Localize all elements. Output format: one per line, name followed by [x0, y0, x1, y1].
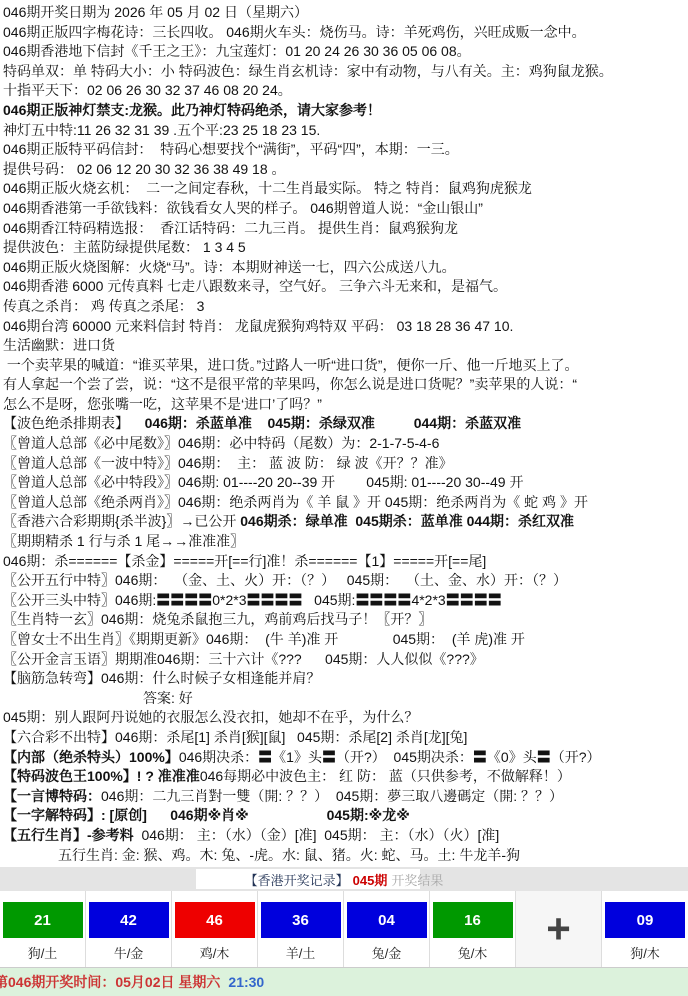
text-line: 〖公开金言玉语〗期期准046期：三十六计《??? 045期：人人似似《???》: [3, 650, 688, 670]
text-segment: 【内部（绝杀特头）100%】: [3, 749, 179, 765]
text-line: 046期正版火烧玄机： 二一之间定春秋，十二生肖最实际。 特之 特肖：鼠鸡狗虎猴…: [3, 179, 688, 199]
text-line: 046期：杀======【杀金】=====开[==行]准！杀======【1】=…: [3, 552, 688, 572]
results-footer: 第046期开奖时间：05月02日 星期六 21:30: [0, 968, 688, 996]
text-segment: 〖生肖特一玄〗046期：烧兔杀鼠抱三九，鸡前鸡后找马子！〖开？〗: [3, 611, 432, 627]
result-column: 46鸡/木: [172, 891, 258, 967]
results-header: 【香港开奖记录】 045期 开奖结果: [0, 867, 688, 891]
text-segment: 〖期期精杀 1 行与杀 1 尾→→准准准〗: [3, 533, 244, 549]
text-segment: 提供号码： 02 06 12 20 30 32 36 38 49 18 。: [3, 161, 286, 177]
text-line: 神灯五中特:11 26 32 31 39 .五个平:23 25 18 23 15…: [3, 121, 688, 141]
text-line: 〖公开五行中特〗046期： （金、土、火）开：（？） 045期： （土、金、水）…: [3, 571, 688, 591]
text-line: 答案: 好: [3, 689, 688, 709]
result-zodiac-label: 鸡/木: [200, 938, 230, 967]
text-segment: 〓: [322, 749, 336, 765]
results-balls-row: 21狗/土42牛/金46鸡/木36羊/土04兔/金16兔/木+09狗/木: [0, 891, 688, 968]
result-zodiac-label: 牛/金: [114, 938, 144, 967]
text-segment: 046期香港第一手欲钱料：欲钱看女人哭的样子。 046期曾道人说：“金山银山”: [3, 200, 483, 216]
text-line: 【特码波色王100%】! ? 准准准046每期必中波色主： 红 防： 蓝（只供参…: [3, 767, 688, 787]
text-segment: 4*2*3: [411, 592, 445, 608]
text-segment: 【特码波色王100%】! ? 准准准: [3, 768, 200, 784]
text-line: 〖生肖特一玄〗046期：烧兔杀鼠抱三九，鸡前鸡后找马子！〖开？〗: [3, 610, 688, 630]
text-line: 【六合彩不出特】046期：杀尾[1] 杀肖[猴][鼠] 045期：杀尾[2] 杀…: [3, 728, 688, 748]
text-segment: 0*2*3: [212, 592, 246, 608]
text-line: 045期：别人跟阿丹说她的衣服怎么没衣扣，她却不在乎，为什么？: [3, 708, 688, 728]
text-segment: 〖曾道人总部《一波中特》〗046期： 主： 蓝 波 防： 绿 波《开？？准》: [3, 455, 453, 471]
text-line: 提供波色：主蓝防绿提供尾数： 1 3 4 5: [3, 238, 688, 258]
text-segment: 【一言博特码：: [3, 788, 101, 804]
text-line: 046期香港第一手欲钱料：欲钱看女人哭的样子。 046期曾道人说：“金山银山”: [3, 199, 688, 219]
text-line: 046期正版特平码信封： 特码心想要找个“满街”，平码“四”，本期：一三。: [3, 140, 688, 160]
text-line: 【内部（绝杀特头）100%】046期决杀：〓《1》头〓（开?） 045期决杀：〓…: [3, 748, 688, 768]
text-segment: 〖公开三头中特〗046期:: [3, 592, 156, 608]
text-line: 十指平天下：02 06 26 30 32 37 46 08 20 24。: [3, 81, 688, 101]
text-segment: 046期：杀======【杀金】=====开[==行]准！杀======【1】=…: [3, 553, 486, 569]
text-segment: 〖曾道人总部《必中尾数》〗046期：必中特码（尾数）为：2-1-7-5-4-6: [3, 435, 439, 451]
text-line: 五行生肖: 金: 猴、鸡。木: 兔、-虎。水: 鼠、猪。火: 蛇、马。土: 牛龙…: [3, 846, 688, 866]
content-lines: 046期开奖日期为 2026 年 05 月 02 日（星期六）046期正版四字梅…: [3, 3, 688, 865]
text-segment: （开?）: [551, 749, 601, 765]
text-line: 046期正版四字梅花诗：三长四收。 046期火车头：烧伤马。诗：羊死鸡伤，兴旺成…: [3, 23, 688, 43]
text-line: 提供号码： 02 06 12 20 30 32 36 38 49 18 。: [3, 160, 688, 180]
results-title: 【香港开奖记录】: [245, 870, 349, 889]
text-line: 046期正版火烧图解：火烧“马”。诗：本期财神送一七，四六公成送八九。: [3, 258, 688, 278]
result-ball-number: 16: [433, 902, 513, 938]
text-segment: 〓〓〓〓: [446, 592, 502, 608]
text-line: 046期香港地下信封《千王之王》：九宝莲灯：01 20 24 26 30 36 …: [3, 42, 688, 62]
text-segment: 特码单双：单 特码大小：小 特码波色：绿生肖玄机诗：家中有动物，与八有关。主：鸡…: [3, 63, 613, 79]
text-line: 〖香港六合彩期期{杀半波}〗→已公开 046期杀：绿单准 045期杀：蓝单准 0…: [3, 512, 688, 532]
text-line: 046期香江特码精选报： 香江话特码：二九三肖。 提供生肖：鼠鸡猴狗龙: [3, 219, 688, 239]
text-segment: 【五行生肖】-参考料: [3, 827, 141, 843]
text-line: 〖期期精杀 1 行与杀 1 尾→→准准准〗: [3, 532, 688, 552]
text-segment: 《0》头: [487, 749, 537, 765]
text-segment: 046期正版四字梅花诗：三长四收。 046期火车头：烧伤马。诗：羊死鸡伤，兴旺成…: [3, 24, 586, 40]
text-segment: 〓〓〓〓: [355, 592, 411, 608]
text-segment: 《1》头: [272, 749, 322, 765]
text-line: 046期台湾 60000 元来料信封 特肖： 龙鼠虎猴狗鸡特双 平码： 03 1…: [3, 317, 688, 337]
text-line: 特码单双：单 特码大小：小 特码波色：绿生肖玄机诗：家中有动物，与八有关。主：鸡…: [3, 62, 688, 82]
text-line: 〖曾道人总部《绝杀两肖》〗046期：绝杀两肖为《 羊 鼠 》开 045期：绝杀两…: [3, 493, 688, 513]
text-segment: 046期杀：绿单准 045期杀：蓝单准 044期：杀红双准: [240, 513, 574, 529]
text-line: 怎么不是呀，您张嘴一吃，这苹果不是‘进口’了吗？”: [3, 395, 688, 415]
text-segment: 〓: [473, 749, 487, 765]
text-line: 【五行生肖】-参考料 046期： 主：（水）（金）[准] 045期： 主：（水）…: [3, 826, 688, 846]
text-line: 〖曾道人总部《必中特段》〗046期: 01----20 20--39 开 045…: [3, 473, 688, 493]
result-column: 36羊/土: [258, 891, 344, 967]
text-segment: 046期正版神灯禁支:龙猴。此乃神灯特码绝杀，请大家参考！: [3, 102, 381, 118]
text-segment: 046期开奖日期为 2026 年 05 月 02 日（星期六）: [3, 4, 308, 20]
text-segment: 046期： 主：（水）（金）[准] 045期： 主：（水）（火）[准]: [141, 827, 499, 843]
result-zodiac-label: 兔/木: [458, 938, 488, 967]
text-segment: 046期香江特码精选报： 香江话特码：二九三肖。 提供生肖：鼠鸡猴狗龙: [3, 220, 458, 236]
text-line: 〖公开三头中特〗046期:〓〓〓〓0*2*3〓〓〓〓 045期:〓〓〓〓4*2*…: [3, 591, 688, 611]
text-segment: 〖公开五行中特〗046期： （金、土、火）开：（？） 045期： （土、金、水）…: [3, 572, 567, 588]
text-segment: 提供波色：主蓝防绿提供尾数： 1 3 4 5: [3, 239, 246, 255]
text-segment: 五行生肖: 金: 猴、鸡。木: 兔、-虎。水: 鼠、猪。火: 蛇、马。土: 牛龙…: [58, 847, 520, 863]
result-ball-number: 21: [3, 902, 83, 938]
text-segment: 046期决杀：: [179, 749, 258, 765]
text-segment: 有人拿起一个尝了尝，说：“这不是很平常的苹果吗，你怎么说是进口货呢？”卖苹果的人…: [3, 376, 577, 392]
text-segment: 传真之杀肖： 鸡 传真之杀尾： 3: [3, 298, 204, 314]
lottery-results-panel: 【香港开奖记录】 045期 开奖结果 21狗/土42牛/金46鸡/木36羊/土0…: [0, 867, 688, 996]
text-segment: 〓: [537, 749, 551, 765]
text-segment: 046每期必中波色主： 红 防： 蓝（只供参考，不做解释！）: [200, 768, 571, 784]
text-line: 046期香港 6000 元传真料 七走八跟数来寻，空气好。 三争六斗无来和，是福…: [3, 277, 688, 297]
result-ball-number: 09: [605, 902, 685, 938]
plus-separator: +: [516, 891, 602, 967]
text-segment: 〖曾道人总部《必中特段》〗046期: 01----20 20--39 开 045…: [3, 474, 523, 490]
text-segment: 答案: 好: [143, 690, 193, 706]
text-line: 生活幽默：进口货: [3, 336, 688, 356]
result-zodiac-label: 狗/土: [28, 938, 58, 967]
result-ball-number: 46: [175, 902, 255, 938]
text-segment: 〓〓〓〓: [156, 592, 212, 608]
text-line: 〖曾道人总部《一波中特》〗046期： 主： 蓝 波 防： 绿 波《开？？准》: [3, 454, 688, 474]
text-segment: 046期：二九三肖對一雙（開: ？？） 045期：夢三取八邊碼定（開: ？？）: [101, 788, 563, 804]
text-segment: 046期台湾 60000 元来料信封 特肖： 龙鼠虎猴狗鸡特双 平码： 03 1…: [3, 318, 513, 334]
text-segment: 046期正版火烧图解：火烧“马”。诗：本期财神送一七，四六公成送八九。: [3, 259, 456, 275]
result-column: 09狗/木: [602, 891, 688, 967]
result-ball-number: 42: [89, 902, 169, 938]
next-draw-time-text: 第046期开奖时间：05月02日 星期六: [0, 972, 220, 992]
result-column: 42牛/金: [86, 891, 172, 967]
text-line: 【一字解特码】: [原创] 046期※肖※ 045期:※龙※: [3, 806, 688, 826]
text-segment: 〖曾女士不出生肖〗《期期更新》046期： (牛 羊)准 开 045期： (羊 虎…: [3, 631, 525, 647]
result-zodiac-label: 羊/土: [286, 938, 316, 967]
result-column: 04兔/金: [344, 891, 430, 967]
result-zodiac-label: 兔/金: [372, 938, 402, 967]
text-segment: 〖公开金言玉语〗期期准046期：三十六计《??? 045期：人人似似《???》: [3, 651, 484, 667]
text-segment: 【脑筋急转弯】046期：什么时候子女相逢能并肩？: [3, 670, 320, 686]
text-line: 046期正版神灯禁支:龙猴。此乃神灯特码绝杀，请大家参考！: [3, 101, 688, 121]
result-ball-number: 36: [261, 902, 341, 938]
text-segment: 046期香港地下信封《千王之王》：九宝莲灯：01 20 24 26 30 36 …: [3, 43, 471, 59]
text-segment: 一个卖苹果的喊道：“谁买苹果，进口货。”过路人一听“进口货”，便你一斤、他一斤地…: [3, 357, 579, 373]
text-segment: 045期:: [303, 592, 356, 608]
text-segment: 神灯五中特:11 26 32 31 39 .五个平:23 25 18 23 15…: [3, 122, 320, 138]
text-segment: 【一字解特码】: [原创] 046期※肖※ 045期:※龙※: [3, 807, 410, 823]
text-segment: 〓〓〓〓: [247, 592, 303, 608]
results-issue-number: 045期: [353, 870, 388, 889]
text-segment: 【六合彩不出特】046期：杀尾[1] 杀肖[猴][鼠] 045期：杀尾[2] 杀…: [3, 729, 467, 745]
next-draw-time-clock: 21:30: [228, 974, 264, 990]
results-suffix: 开奖结果: [391, 870, 443, 889]
text-segment: 【波色绝杀排期表】: [3, 415, 145, 431]
text-segment: 〖香港六合彩期期{杀半波}〗→已公开: [3, 513, 240, 529]
text-segment: 046期正版火烧玄机： 二一之间定春秋，十二生肖最实际。 特之 特肖：鼠鸡狗虎猴…: [3, 180, 532, 196]
text-line: 传真之杀肖： 鸡 传真之杀尾： 3: [3, 297, 688, 317]
text-line: 〖曾女士不出生肖〗《期期更新》046期： (牛 羊)准 开 045期： (羊 虎…: [3, 630, 688, 650]
text-line: 〖曾道人总部《必中尾数》〗046期：必中特码（尾数）为：2-1-7-5-4-6: [3, 434, 688, 454]
text-line: 【脑筋急转弯】046期：什么时候子女相逢能并肩？: [3, 669, 688, 689]
text-segment: 046期香港 6000 元传真料 七走八跟数来寻，空气好。 三争六斗无来和，是福…: [3, 278, 507, 294]
text-segment: （开?） 045期决杀：: [336, 749, 473, 765]
result-ball-number: 04: [347, 902, 427, 938]
result-column: 21狗/土: [0, 891, 86, 967]
text-segment: 生活幽默：进口货: [3, 337, 115, 353]
text-segment: 〓: [258, 749, 272, 765]
text-segment: 十指平天下：02 06 26 30 32 37 46 08 20 24。: [3, 82, 292, 98]
text-line: 【一言博特码：046期：二九三肖對一雙（開: ？？） 045期：夢三取八邊碼定（…: [3, 787, 688, 807]
text-segment: 046期正版特平码信封： 特码心想要找个“满街”，平码“四”，本期：一三。: [3, 141, 459, 157]
text-line: 有人拿起一个尝了尝，说：“这不是很平常的苹果吗，你怎么说是进口货呢？”卖苹果的人…: [3, 375, 688, 395]
result-column: 16兔/木: [430, 891, 516, 967]
text-line: 一个卖苹果的喊道：“谁买苹果，进口货。”过路人一听“进口货”，便你一斤、他一斤地…: [3, 356, 688, 376]
text-line: 【波色绝杀排期表】 046期：杀蓝单准 045期：杀绿双准 044期：杀蓝双准: [3, 414, 688, 434]
result-zodiac-label: 狗/木: [630, 938, 660, 967]
text-segment: 怎么不是呀，您张嘴一吃，这苹果不是‘进口’了吗？”: [3, 396, 322, 412]
text-segment: 046期：杀蓝单准 045期：杀绿双准 044期：杀蓝双准: [145, 415, 522, 431]
text-segment: 〖曾道人总部《绝杀两肖》〗046期：绝杀两肖为《 羊 鼠 》开 045期：绝杀两…: [3, 494, 588, 510]
text-segment: 045期：别人跟阿丹说她的衣服怎么没衣扣，她却不在乎，为什么？: [3, 709, 418, 725]
text-line: 046期开奖日期为 2026 年 05 月 02 日（星期六）: [3, 3, 688, 23]
